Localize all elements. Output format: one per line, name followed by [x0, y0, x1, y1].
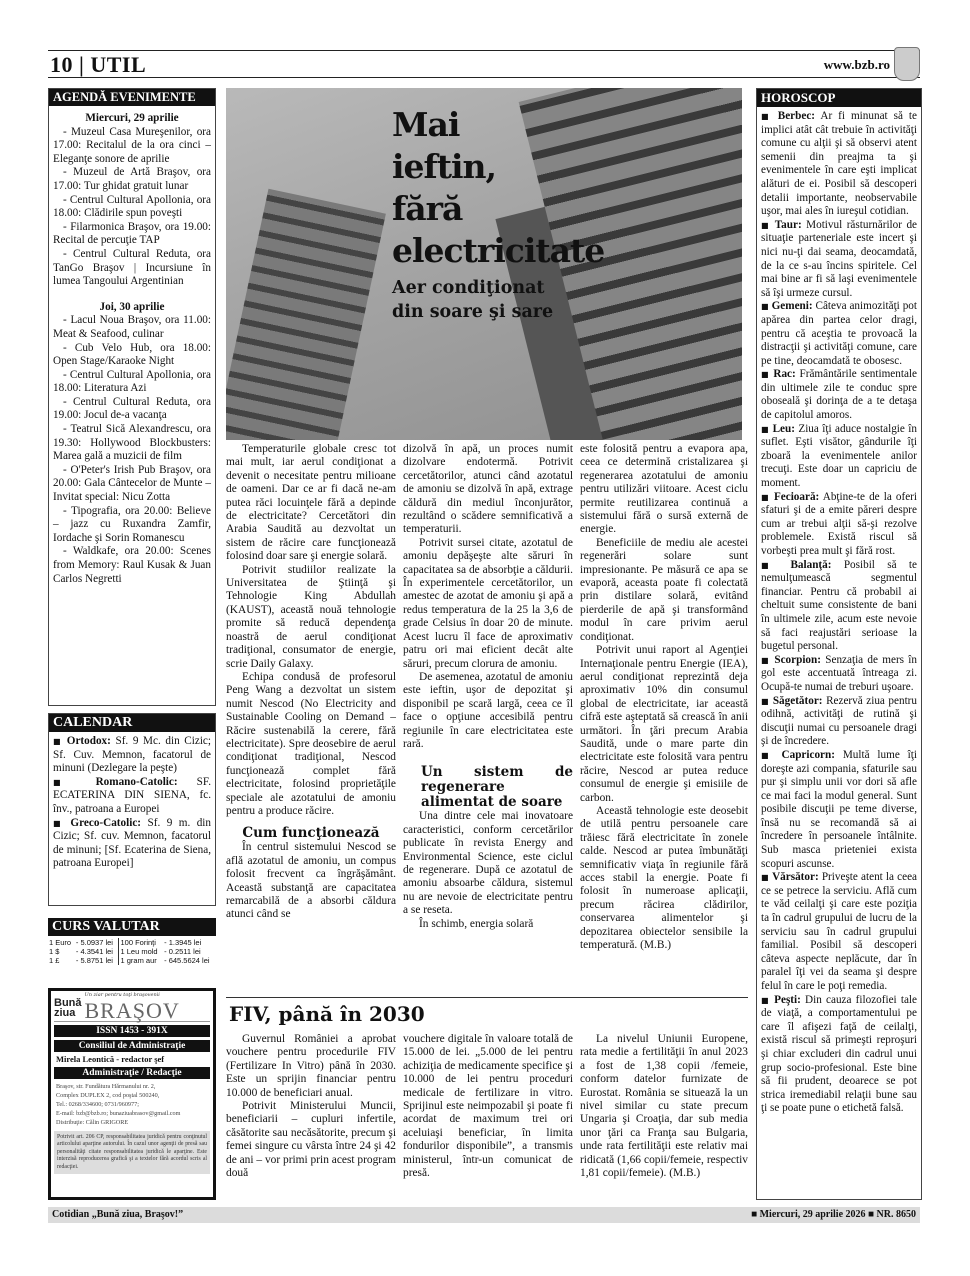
masthead-box: Bunăziua Un ziar pentru toţi braşovenii … — [48, 988, 216, 1200]
horoscope-item: ■ Taur: Motivul răsturnărilor de situaţi… — [761, 219, 917, 301]
legal-disclaimer: Potrivit art. 206 CP, responsabilitatea … — [54, 1131, 210, 1174]
subheading: Cum funcţionează — [226, 826, 396, 841]
site-url-link[interactable]: www.bzb.ro — [824, 57, 890, 73]
bullet-square-icon: ■ — [761, 112, 772, 121]
agenda-event: - Teatrul Sică Alexandrescu, ora 19.30: … — [53, 423, 211, 464]
horoscope-title: HOROSCOP — [757, 89, 921, 107]
exchange-rates-table: 1 Euro- 5.0937 lei100 Forinţi- 1.3945 le… — [48, 938, 216, 965]
newspaper-logo: Bunăziua Un ziar pentru toţi braşovenii … — [54, 994, 210, 1022]
fiv-headline: FIV, până în 2030 — [229, 1002, 425, 1026]
horoscope-item: ■ Fecioară: Abţine-te de la oferi sfatur… — [761, 491, 917, 559]
bullet-square-icon: ■ — [761, 493, 770, 502]
horoscope-item: ■ Peşti: Din cauza filozofiei tale de vi… — [761, 994, 917, 1116]
bullet-square-icon: ■ — [53, 737, 67, 746]
contact-address: Braşov, str. Fundătura Hărmanului nr. 2,… — [54, 1082, 210, 1127]
fiv-column-3: La nivelul Uniunii Europene, rata medie … — [580, 1033, 748, 1180]
page-footer: Cotidian „Bună ziua, Braşov!” ■ Miercuri… — [48, 1207, 920, 1223]
agenda-event: - Lacul Noua Braşov, ora 11.00: Meat & S… — [53, 314, 211, 341]
article-column-1: Temperaturile globale cresc tot mai mult… — [226, 443, 396, 922]
bullet-square-icon: ■ — [761, 873, 769, 882]
horoscope-item: ■ Berbec: Ar fi minunat să te implici at… — [761, 110, 917, 219]
agenda-event: - Tipografia, ora 20.00: Believe – jazz … — [53, 505, 211, 546]
agenda-event: - Centrul Cultural Apollonia, ora 18.00:… — [53, 369, 211, 396]
article-headline: Mai ieftin, fără electricitate — [392, 104, 604, 272]
building-image-left — [226, 189, 386, 440]
article-column-2: dizolvă în apă, un proces numit dizolvar… — [403, 443, 573, 931]
horoscope-item: ■ Leu: Ziua îţi aduce nostalgie în sufle… — [761, 423, 917, 491]
fiv-column-2: vouchere digitale în valoare totală de 1… — [403, 1033, 573, 1180]
bullet-square-icon: ■ — [761, 302, 769, 311]
horoscope-item: ■ Săgetător: Rezervă ziua pentru odihnă,… — [761, 695, 917, 749]
footer-issue-date: ■ Miercuri, 29 aprilie 2026 ■ NR. 8650 — [751, 1207, 916, 1223]
horoscope-item: ■ Balanţă: Posibil să te nemulţumească s… — [761, 559, 917, 654]
agenda-event: - Centrul Cultural Reduta, ora 19.00: Jo… — [53, 396, 211, 423]
bullet-square-icon: ■ — [761, 751, 774, 760]
horoscope-item: ■ Gemeni: Câteva animozităţi pot apărea … — [761, 300, 917, 368]
agenda-event: - Cub Velo Hub, ora 18.00: Open Stage/Ka… — [53, 342, 211, 369]
horoscope-item: ■ Vărsător: Priveşte atent la ceea ce se… — [761, 871, 917, 993]
bullet-square-icon: ■ — [53, 819, 70, 828]
bullet-square-icon: ■ — [761, 370, 770, 379]
horoscope-item: ■ Rac: Frământările sentimentale din ult… — [761, 368, 917, 422]
exchange-rates-title: CURS VALUTAR — [48, 918, 216, 936]
agenda-event: - Centrul Cultural Apollonia, ora 18.00:… — [53, 194, 211, 221]
agenda-event: - Muzeul Casa Mureşenilor, ora 17.00: Re… — [53, 126, 211, 167]
fiv-column-1: Guvernul României a aprobat vouchere pen… — [226, 1033, 396, 1180]
calendar-item: ■ Ortodox: Sf. 9 Mc. din Cizic; Sf. Cuv.… — [53, 735, 211, 776]
agenda-event: - Centrul Cultural Reduta, ora TanGo Bra… — [53, 248, 211, 289]
section-title: 10 | UTIL — [50, 52, 146, 78]
bullet-square-icon: ■ — [761, 656, 770, 665]
bullet-square-icon: ■ — [761, 561, 778, 570]
agenda-day: Joi, 30 aprilie — [53, 301, 211, 315]
editor-name: Mirela Leontică - redactor şef — [54, 1054, 210, 1064]
calendar-box: CALENDAR ■ Ortodox: Sf. 9 Mc. din Cizic;… — [48, 713, 216, 906]
article-column-3: este folosită pentru a evapora apa, ceea… — [580, 443, 748, 952]
calendar-item: ■ Greco-Catolic: Sf. 9 m. din Cizic; Sf.… — [53, 817, 211, 871]
agenda-event: - Filarmonica Braşov, ora 19.00: Recital… — [53, 221, 211, 248]
section-divider — [226, 997, 748, 998]
table-row: 1 £- 5.8751 lei1 gram aur- 645.5624 lei — [48, 956, 216, 965]
footer-publication: Cotidian „Bună ziua, Braşov!” — [52, 1209, 183, 1220]
subheading: Un sistem de regenerare alimentat de soa… — [403, 765, 573, 810]
horoscope-box: HOROSCOP ■ Berbec: Ar fi minunat să te i… — [756, 88, 922, 1200]
agenda-event: - Muzeul de Artă Braşov, ora 17.00: Tur … — [53, 166, 211, 193]
agenda-day: Miercuri, 29 aprilie — [53, 112, 211, 126]
calendar-item: ■ Romano-Catolic: SF. ECATERINA DIN SIEN… — [53, 776, 211, 817]
agenda-box: AGENDĂ EVENIMENTE Miercuri, 29 aprilie -… — [48, 88, 216, 706]
agenda-title: AGENDĂ EVENIMENTE — [49, 89, 215, 106]
horoscope-item: ■ Scorpion: Senzaţia de mers în gol este… — [761, 654, 917, 695]
calendar-title: CALENDAR — [49, 714, 215, 732]
page-header: 10 | UTIL www.bzb.ro — [48, 50, 920, 78]
agenda-event: - O'Peter's Irish Pub Braşov, ora 20.00:… — [53, 464, 211, 505]
admin-bar: Administraţie / Redacţie — [54, 1067, 210, 1079]
agenda-event: - Waldkafe, ora 20.00: Scenes from Memor… — [53, 545, 211, 586]
exchange-rates-box: CURS VALUTAR 1 Euro- 5.0937 lei100 Forin… — [48, 918, 216, 978]
table-row: 1 $- 4.3541 lei1 Leu mold- 0.2511 lei — [48, 947, 216, 956]
bullet-square-icon: ■ — [761, 996, 770, 1005]
email-link[interactable]: E-mail: bzb@bzb.ro; bunaziuabrasov@gmail… — [56, 1109, 210, 1118]
issn-bar: ISSN 1453 - 391X — [54, 1025, 210, 1037]
bullet-square-icon: ■ — [761, 221, 770, 230]
bullet-square-icon: ■ — [53, 778, 96, 787]
table-row: 1 Euro- 5.0937 lei100 Forinţi- 1.3945 le… — [48, 938, 216, 947]
bullet-square-icon: ■ — [761, 425, 769, 434]
city-crest-icon — [894, 47, 920, 81]
board-bar: Consiliul de Administraţie — [54, 1040, 210, 1052]
article-subtitle: Aer condiţionat din soare şi sare — [392, 276, 553, 324]
bullet-square-icon: ■ — [761, 697, 769, 706]
article-photo: Mai ieftin, fără electricitate Aer condi… — [226, 88, 742, 440]
horoscope-item: ■ Capricorn: Multă lume îţi doreşte azi … — [761, 749, 917, 871]
